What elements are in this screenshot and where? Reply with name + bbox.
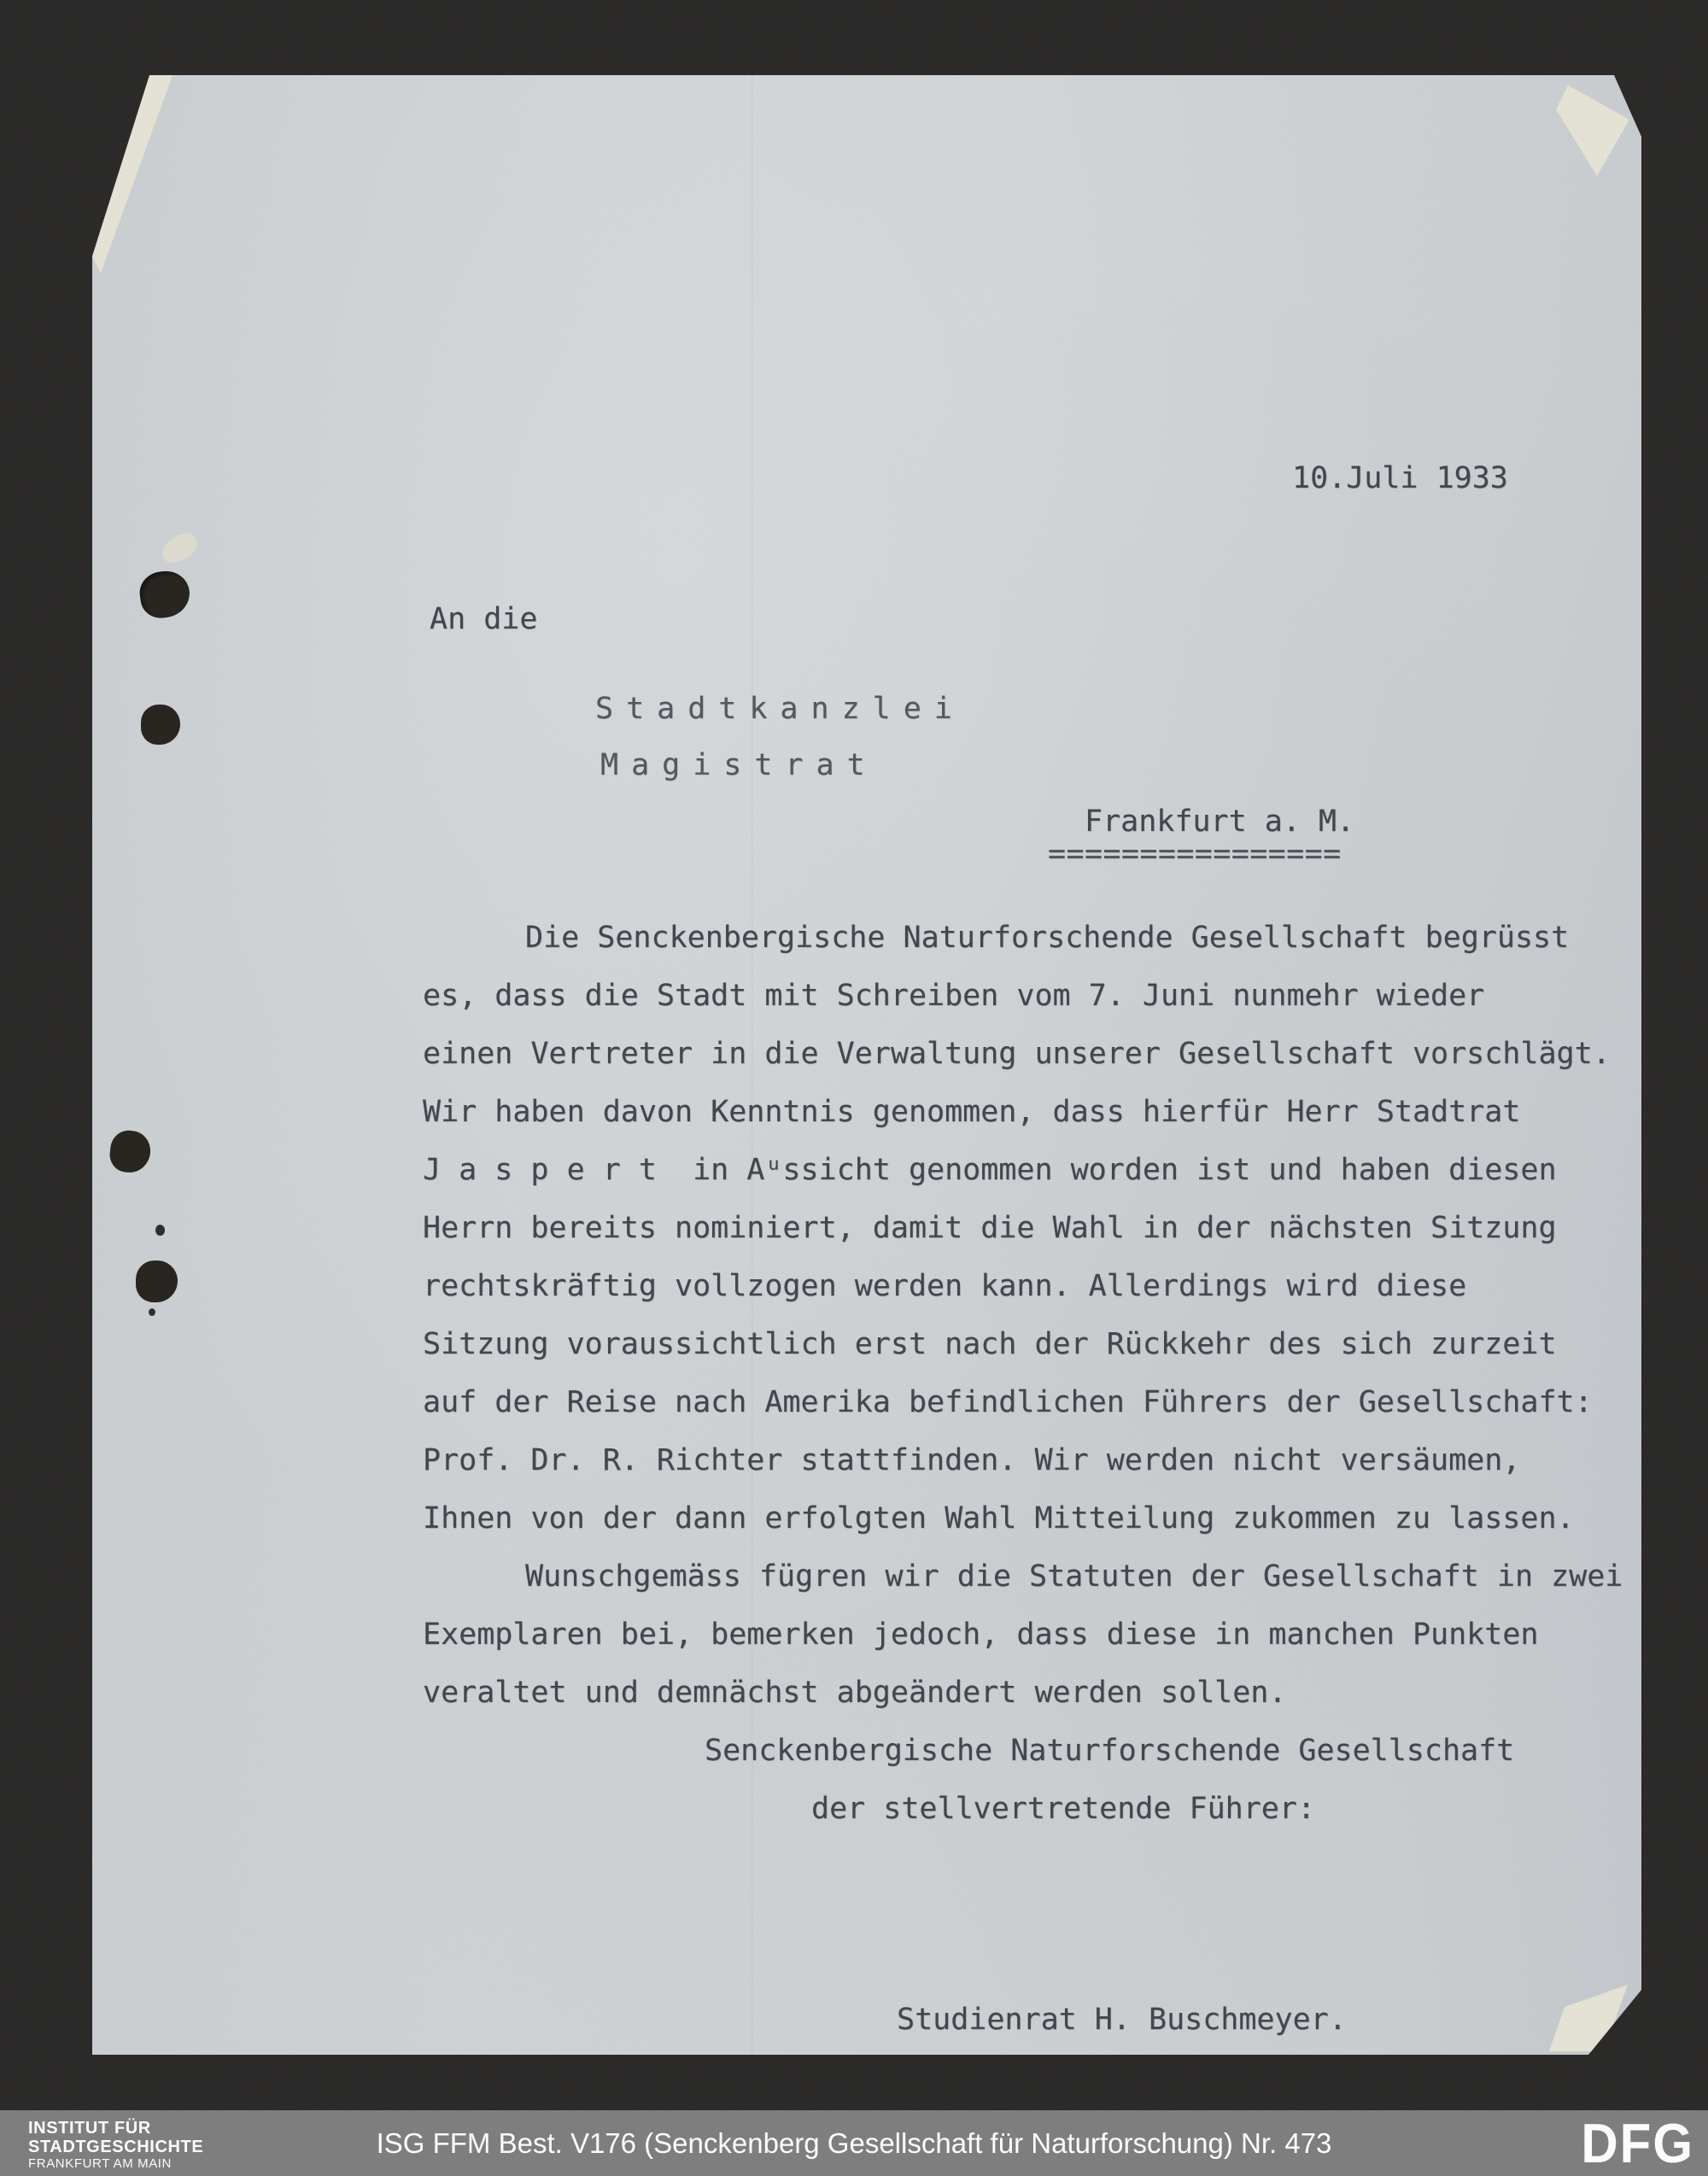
punch-hole xyxy=(141,705,180,745)
body-line: Exemplaren bei, bemerken jedoch, dass di… xyxy=(423,1606,1652,1664)
folded-corner-top-left xyxy=(92,75,178,280)
body-line: J a s p e r t in Aᵘssicht genommen worde… xyxy=(423,1141,1652,1199)
letter-date: 10.Juli 1933 xyxy=(1292,458,1508,499)
dfg-logo: DFG xyxy=(1581,2111,1694,2175)
ink-speck xyxy=(155,1225,165,1236)
institute-logo-line: STADTGESCHICHTE xyxy=(28,2138,203,2156)
institute-logo: INSTITUT FÜR STADTGESCHICHTE FRANKFURT A… xyxy=(28,2119,203,2172)
folded-corner-bottom-right xyxy=(1535,1971,1641,2055)
institute-logo-line: INSTITUT FÜR xyxy=(28,2119,203,2138)
body-line: veraltet und demnächst abgeändert werden… xyxy=(423,1664,1652,1722)
torn-paper-flap xyxy=(157,529,202,567)
body-line: Wir haben davon Kenntnis genommen, dass … xyxy=(423,1083,1652,1141)
punch-hole xyxy=(136,1261,178,1302)
recipient-office: Stadtkanzlei xyxy=(595,688,965,729)
folded-corner-top-right xyxy=(1544,75,1641,186)
punch-hole xyxy=(137,568,193,621)
punch-hole xyxy=(108,1129,153,1175)
body-line: Ihnen von der dann erfolgten Wahl Mittei… xyxy=(423,1489,1652,1547)
ink-speck xyxy=(149,1308,155,1316)
recipient-department: Magistrat xyxy=(600,745,878,786)
signature-line: Studienrat H. Buschmeyer. xyxy=(897,1999,1347,2040)
body-line: Prof. Dr. R. Richter stattfinden. Wir we… xyxy=(423,1431,1652,1489)
body-line: Wunschgemäss fügren wir die Statuten der… xyxy=(423,1547,1652,1606)
closing-role: der stellvertretende Führer: xyxy=(423,1780,1652,1838)
body-line: es, dass die Stadt mit Schreiben vom 7. … xyxy=(423,967,1652,1025)
city-underline-rule: ================ xyxy=(1048,834,1342,874)
body-line: Sitzung voraussichtlich erst nach der Rü… xyxy=(423,1315,1652,1373)
institute-logo-line: FRANKFURT AM MAIN xyxy=(28,2157,203,2172)
body-line: rechtskräftig vollzogen werden kann. All… xyxy=(423,1257,1652,1315)
closing-organization: Senckenbergische Naturforschende Gesells… xyxy=(423,1722,1652,1780)
recipient-salutation: An die xyxy=(430,599,537,640)
scan-background: 10.Juli 1933 An die Stadtkanzlei Magistr… xyxy=(0,0,1708,2176)
archive-reference-caption: ISG FFM Best. V176 (Senckenberg Gesellsc… xyxy=(377,2127,1332,2160)
archive-footer-bar: INSTITUT FÜR STADTGESCHICHTE FRANKFURT A… xyxy=(0,2110,1708,2176)
body-line: auf der Reise nach Amerika befindlichen … xyxy=(423,1373,1652,1431)
body-line: Herrn bereits nominiert, damit die Wahl … xyxy=(423,1199,1652,1257)
letter-body: Die Senckenbergische Naturforschende Ges… xyxy=(423,909,1652,1838)
body-line: einen Vertreter in die Verwaltung unsere… xyxy=(423,1025,1652,1083)
letter-page: 10.Juli 1933 An die Stadtkanzlei Magistr… xyxy=(92,75,1641,2055)
body-line: Die Senckenbergische Naturforschende Ges… xyxy=(423,909,1652,967)
